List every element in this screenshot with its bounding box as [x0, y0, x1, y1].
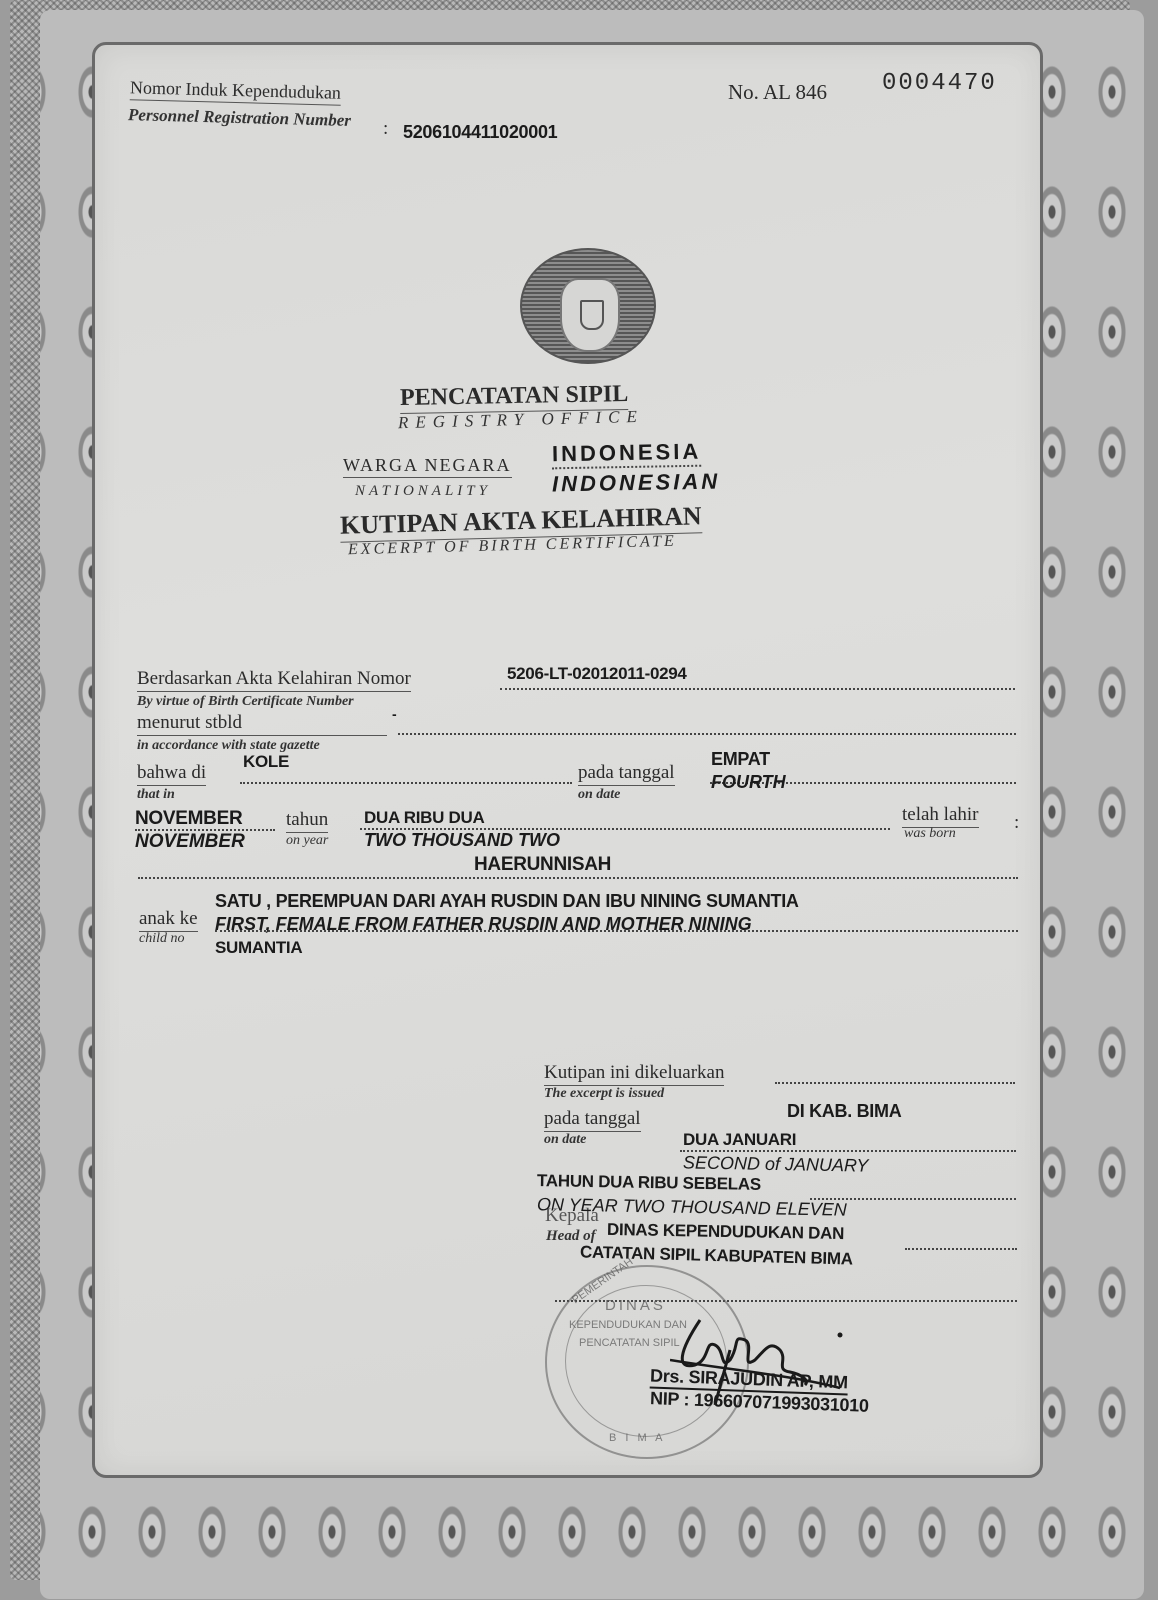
child-number-value-en-line2: SUMANTIA: [215, 938, 302, 958]
date-value-id: EMPAT: [711, 749, 770, 770]
month-value-id: NOVEMBER: [135, 808, 242, 830]
issued-place: DI KAB. BIMA: [787, 1101, 901, 1122]
year-value-id: DUA RIBU DUA: [364, 808, 484, 828]
nik-separator: :: [383, 118, 388, 140]
date-label-id: pada tanggal: [578, 762, 675, 786]
place-label-id: bahwa di: [137, 762, 206, 786]
issued-date-label-id: pada tanggal: [544, 1108, 641, 1132]
shield-icon: [580, 300, 604, 330]
stamp-line-1: DINAS: [605, 1297, 666, 1314]
child-name: HAERUNNISAH: [474, 854, 611, 876]
date-value-en: FOURTH: [711, 772, 786, 793]
stamp-line-3: PENCATATAN SIPIL: [579, 1337, 680, 1349]
serial-number: 0004470: [882, 70, 997, 97]
child-number-label-en: child no: [139, 931, 185, 947]
certificate-photo: Nomor Induk Kependudukan Personnel Regis…: [0, 0, 1158, 1600]
born-label-en: was born: [904, 826, 956, 842]
born-label-id: telah lahir: [902, 804, 979, 828]
born-separator: :: [1014, 812, 1019, 834]
issued-label-en: The excerpt is issued: [544, 1086, 664, 1102]
issued-label-id: Kutipan ini dikeluarkan: [544, 1062, 724, 1086]
place-value: KOLE: [243, 752, 289, 772]
date-label-en: on date: [578, 787, 620, 803]
serial-prefix: No. AL 846: [728, 80, 827, 105]
nationality-value-id: INDONESIA: [552, 439, 702, 470]
nationality-label-en: NATIONALITY: [355, 483, 491, 500]
nationality-value-en: INDONESIAN: [552, 469, 721, 498]
cert-number-label-en: By virtue of Birth Certificate Number: [137, 694, 354, 710]
issued-year-id: TAHUN DUA RIBU SEBELAS: [537, 1171, 761, 1195]
stbld-label-en: in accordance with state gazette: [137, 738, 320, 754]
place-label-en: that in: [137, 787, 175, 803]
stamp-ring-bottom: B I M A: [609, 1432, 665, 1444]
issued-date-en: SECOND of JANUARY: [683, 1152, 869, 1176]
stbld-value: -: [392, 706, 396, 722]
nationality-label-id: WARGA NEGARA: [343, 455, 512, 478]
cert-number-label-id: Berdasarkan Akta Kelahiran Nomor: [137, 668, 411, 692]
child-number-value-en-line1: FIRST, FEMALE FROM FATHER RUSDIN AND MOT…: [215, 914, 752, 935]
cert-number-value: 5206-LT-02012011-0294: [507, 664, 687, 684]
nik-value: 5206104411020001: [403, 122, 557, 143]
child-number-label-id: anak ke: [139, 908, 198, 932]
office-line-1: DINAS KEPENDUDUKAN DAN: [607, 1220, 844, 1244]
year-value-en: TWO THOUSAND TWO: [364, 830, 560, 851]
child-number-value-id: SATU , PEREMPUAN DARI AYAH RUSDIN DAN IB…: [215, 891, 799, 912]
year-label-en: on year: [286, 833, 328, 849]
issued-date-label-en: on date: [544, 1132, 586, 1148]
month-value-en: NOVEMBER: [135, 831, 245, 853]
issued-date-id: DUA JANUARI: [683, 1130, 796, 1150]
year-label-id: tahun: [286, 809, 328, 833]
stbld-label-id: menurut stbld: [137, 712, 387, 736]
garuda-emblem-icon: [520, 248, 656, 364]
